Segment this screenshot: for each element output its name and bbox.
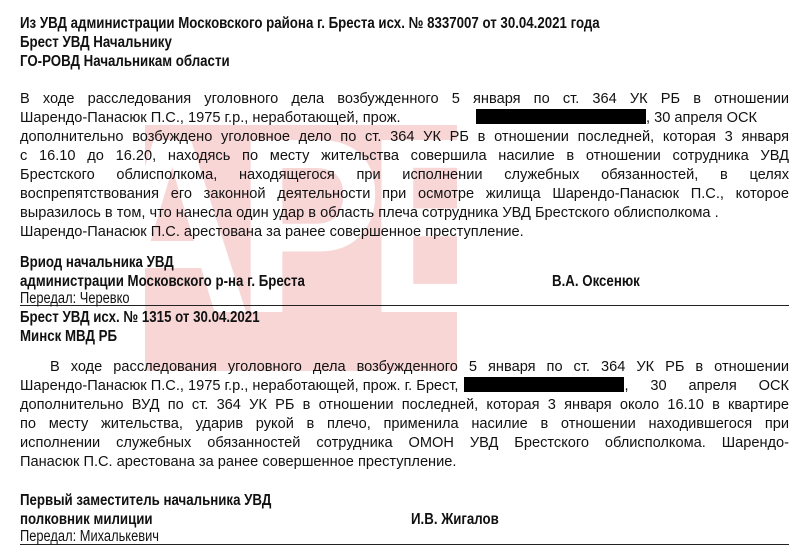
message1-body-line: Брестского облисполкома, находящегося пр… [20,166,789,185]
redaction-box [464,377,624,392]
message2-signer-name: И.В. Жигалов [411,510,499,529]
divider [20,305,789,306]
text: Шарендо-Панасюк П.С., 1975 г.р., неработ… [20,109,401,128]
redaction-box [476,109,646,124]
message2-header-line2: Минск МВД РБ [20,327,117,346]
message1-body-line2-after: , 30 апреля ОСК [646,109,789,128]
divider [20,544,789,545]
message1-signer-name: В.А. Оксенюк [552,272,640,291]
message2-body-line: В ходе расследования уголовного дела воз… [50,358,789,377]
message2-body-line: исполнении служебных обязанностей сотруд… [20,434,789,453]
text: , 30 апреля ОСК [646,109,757,128]
message1-signer-position-line1: Вриод начальника УВД [20,253,174,272]
message1-body-line: Шарендо-Панасюк П.С., 1975 г.р., неработ… [20,109,789,128]
message1-body-line: с 16.10 до 16.20, находясь по месту жите… [20,147,789,166]
message2-body-line2-before: Шарендо-Панасюк П.С., 1975 г.р., неработ… [20,377,458,396]
message1-header-line1: Из УВД администрации Московского района … [20,14,600,33]
message1-body-line2-before: Шарендо-Панасюк П.С., 1975 г.р., неработ… [20,109,468,128]
document-page: Из УВД администрации Московского района … [0,0,800,555]
message2-header-line1: Брест УВД исх. № 1315 от 30.04.2021 [20,308,260,327]
message2-body-line: по месту жительства, ударив рукой в плеч… [20,415,789,434]
message1-body-line: выразилось в том, что нанесла один удар … [20,204,789,223]
message2-signer-position-line1: Первый заместитель начальника УВД [20,491,271,510]
message2-body-line: Панасюк П.С. арестована за ранее соверше… [20,453,789,472]
message1-header-line2: Брест УВД Начальнику [20,33,172,52]
message1-header-line3: ГО-РОВД Начальникам области [20,52,230,71]
message1-body-line: Шарендо-Панасюк П.С. арестована за ранее… [20,223,789,242]
message2-body-line2-after: , 30 апреля ОСК [624,377,789,396]
message1-body-line: В ходе расследования уголовного дела воз… [20,90,789,109]
message1-body-line: дополнительно возбуждено уголовное дело … [20,128,789,147]
message2-body-line: Шарендо-Панасюк П.С., 1975 г.р., неработ… [20,377,789,396]
message2-body-line: дополнительно ВУД по ст. 364 УК РБ в отн… [20,396,789,415]
message1-body-line: воспрепятствования его законной деятельн… [20,185,789,204]
